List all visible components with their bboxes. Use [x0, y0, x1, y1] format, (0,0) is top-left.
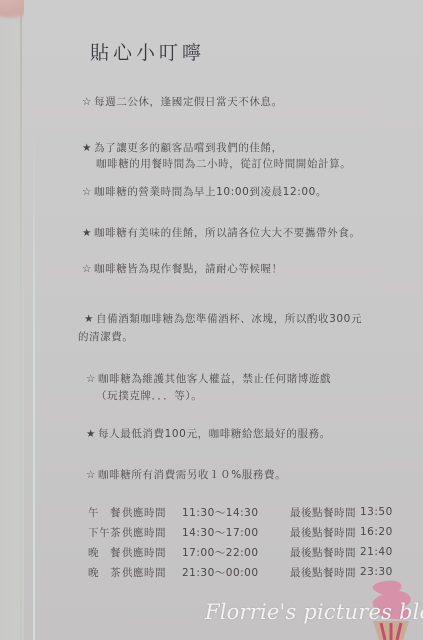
note-dining-limit-cont: 咖啡糖的用餐時間為二小時，從訂位時間開始計算。	[96, 156, 351, 172]
schedule-row-late-tea: 晚 茶 供應時間 21:30～00:00 最後點餐時間 23:30	[88, 562, 393, 582]
blog-watermark: Florrie's pictures blog	[205, 600, 423, 624]
page-edge-line	[33, 130, 35, 640]
note-corkage: ★自備酒類咖啡糖為您準備酒杯、冰塊，所以酌收300元	[84, 311, 362, 327]
book-spine	[20, 0, 22, 640]
star-outline-icon: ☆	[86, 469, 96, 481]
note-no-gambling: ☆咖啡糖為維護其他客人權益，禁止任何賭博遊戲	[86, 371, 331, 387]
schedule-row-dinner: 晚 餐 供應時間 17:00～22:00 最後點餐時間 21:40	[88, 542, 393, 562]
meal-schedule: 午 餐 供應時間 11:30～14:30 最後點餐時間 13:50 下午茶 供應…	[88, 502, 393, 582]
star-outline-icon: ☆	[82, 96, 92, 108]
star-outline-icon: ☆	[82, 186, 92, 198]
star-filled-icon: ★	[86, 428, 96, 440]
note-corkage-cont: 的清潔費。	[78, 329, 134, 345]
note-no-gambling-cont: （玩撲克牌．．．等）。	[96, 388, 202, 404]
note-dining-limit: ★為了讓更多的顧客品嚐到我們的佳餚，	[82, 140, 283, 156]
schedule-row-afternoon-tea: 下午茶 供應時間 14:30～17:00 最後點餐時間 16:20	[88, 522, 393, 542]
note-no-outside-food: ★咖啡糖有美味的佳餚，所以請各位大大不要攜帶外食。	[82, 225, 360, 241]
note-service-charge: ☆咖啡糖所有消費需另收１０%服務費。	[86, 467, 286, 483]
page-title: 貼心小叮嚀	[90, 38, 205, 65]
note-made-to-order: ☆咖啡糖皆為現作餐點，請耐心等候喔！	[82, 261, 283, 277]
star-filled-icon: ★	[82, 142, 92, 154]
star-filled-icon: ★	[82, 227, 92, 239]
star-outline-icon: ☆	[82, 263, 92, 275]
note-minimum-charge: ★每人最低消費100元，咖啡糖給您最好的服務。	[86, 426, 331, 442]
star-outline-icon: ☆	[86, 373, 96, 385]
note-hours: ☆咖啡糖的營業時間為早上10:00到凌晨12:00。	[82, 184, 327, 200]
schedule-row-lunch: 午 餐 供應時間 11:30～14:30 最後點餐時間 13:50	[88, 502, 393, 522]
star-filled-icon: ★	[84, 313, 94, 325]
note-closed-day: ☆每週二公休，逢國定假日當天不休息。	[82, 94, 283, 110]
